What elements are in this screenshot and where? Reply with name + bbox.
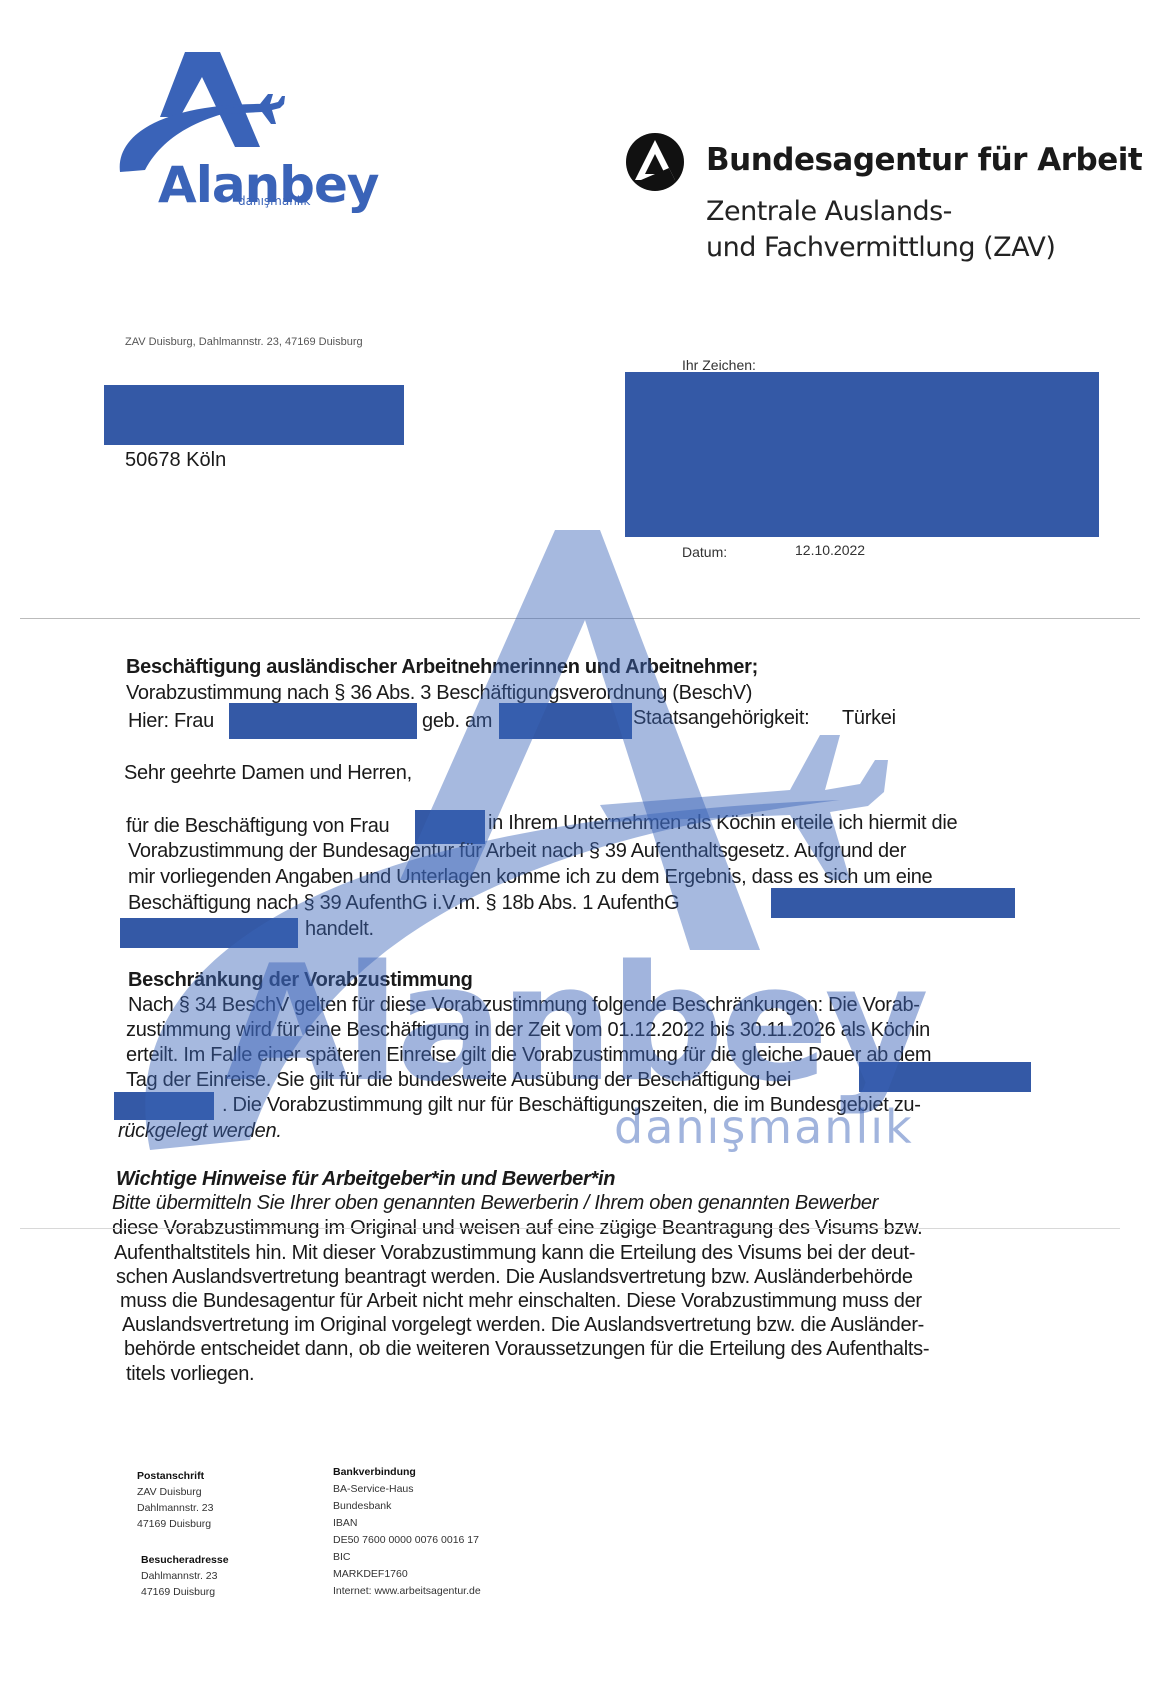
redacted-birth-date [499, 703, 632, 739]
bank-iban: DE50 7600 0000 0076 0016 17 [333, 1532, 481, 1549]
redacted-employment-category-a [771, 888, 1015, 918]
notes-line4: schen Auslandsvertretung beantragt werde… [116, 1266, 913, 1289]
restriction-heading: Beschränkung der Vorabzustimmung [128, 969, 473, 992]
postanschrift-line: 47169 Duisburg [137, 1516, 213, 1532]
notes-line8: titels vorliegen. [126, 1363, 254, 1386]
redacted-recipient-name [104, 385, 404, 445]
postanschrift-heading: Postanschrift [137, 1468, 213, 1484]
besucheradresse-heading: Besucheradresse [141, 1552, 229, 1568]
website-link[interactable]: Internet: www.arbeitsagentur.de [333, 1583, 481, 1600]
footer-visitor-address: Besucheradresse Dahlmannstr. 23 47169 Du… [141, 1552, 229, 1600]
alanbey-subtitle: danışmanlık [238, 194, 310, 208]
besucheradresse-line: 47169 Duisburg [141, 1584, 229, 1600]
restriction-line6: rückgelegt werden. [118, 1120, 282, 1143]
bank-line: BA-Service-Haus [333, 1481, 481, 1498]
postanschrift-line: Dahlmannstr. 23 [137, 1500, 213, 1516]
recipient-city: 50678 Köln [125, 449, 226, 472]
sender-return-address: ZAV Duisburg, Dahlmannstr. 23, 47169 Dui… [125, 336, 363, 348]
postanschrift-line: ZAV Duisburg [137, 1484, 213, 1500]
restriction-line5: . Die Vorabzustimmung gilt nur für Besch… [222, 1094, 921, 1117]
bank-line: Bundesbank [333, 1498, 481, 1515]
subject-line2: Vorabzustimmung nach § 36 Abs. 3 Beschäf… [126, 682, 752, 705]
bundesagentur-logo-icon [625, 132, 685, 192]
para1-line2: Vorabzustimmung der Bundesagentur für Ar… [128, 840, 906, 863]
nationality-label: Staatsangehörigkeit: [633, 707, 809, 730]
para1-line5: handelt. [305, 918, 374, 941]
agency-subtitle-line1: Zentrale Auslands- [706, 196, 952, 227]
agency-subtitle-line2: und Fachvermittlung (ZAV) [706, 232, 1055, 263]
ihr-zeichen-label: Ihr Zeichen: [682, 357, 756, 373]
redacted-employer-name-b [114, 1092, 214, 1120]
bank-line: BIC [333, 1549, 481, 1566]
subject-born-label: geb. am [422, 710, 492, 733]
redacted-employment-category-b [120, 918, 298, 948]
notes-line7: behörde entscheidet dann, ob die weitere… [124, 1338, 929, 1361]
redacted-reference-block [625, 372, 1099, 537]
restriction-line4: Tag der Einreise. Sie gilt für die bunde… [126, 1069, 791, 1092]
para1-line3: mir vorliegenden Angaben und Unterlagen … [128, 866, 932, 889]
subject-line3-prefix: Hier: Frau [128, 710, 214, 733]
notes-line6: Auslandsvertretung im Original vorgelegt… [122, 1314, 924, 1337]
para1-line1b: in Ihrem Unternehmen als Köchin erteile … [488, 812, 957, 835]
alanbey-logo: Alanbey danışmanlık [110, 52, 350, 212]
redacted-employer-name-a [859, 1062, 1031, 1092]
restriction-line1: Nach § 34 BeschV gelten für diese Vorabz… [128, 994, 920, 1017]
fold-line-lower [20, 1228, 1120, 1229]
date-label: Datum: [682, 544, 727, 560]
salutation: Sehr geehrte Damen und Herren, [124, 762, 412, 785]
restriction-line2: zustimmung wird für eine Beschäftigung i… [126, 1019, 930, 1042]
bank-line: IBAN [333, 1515, 481, 1532]
redacted-applicant-surname [415, 810, 485, 844]
besucheradresse-line: Dahlmannstr. 23 [141, 1568, 229, 1584]
nationality-value: Türkei [842, 707, 896, 730]
date-value: 12.10.2022 [795, 542, 865, 558]
alanbey-a-plane-icon [110, 52, 350, 172]
fold-line [20, 618, 1140, 619]
notes-line1: Bitte übermitteln Sie Ihrer oben genannt… [112, 1192, 878, 1215]
notes-line5: muss die Bundesagentur für Arbeit nicht … [120, 1290, 922, 1313]
footer-bank-details: Bankverbindung BA-Service-Haus Bundesban… [333, 1464, 481, 1600]
restriction-line3: erteilt. Im Falle einer späteren Einreis… [126, 1044, 931, 1067]
para1-line4: Beschäftigung nach § 39 AufenthG i.V.m. … [128, 892, 679, 915]
footer-postal-address: Postanschrift ZAV Duisburg Dahlmannstr. … [137, 1468, 213, 1532]
agency-title: Bundesagentur für Arbeit [706, 142, 1142, 178]
para1-line1a: für die Beschäftigung von Frau [126, 815, 389, 838]
notes-line3: Aufenthaltstitels hin. Mit dieser Vorabz… [114, 1242, 915, 1265]
bank-bic: MARKDEF1760 [333, 1566, 481, 1583]
subject-line1: Beschäftigung ausländischer Arbeitnehmer… [126, 656, 758, 679]
bank-heading: Bankverbindung [333, 1464, 481, 1481]
notes-heading: Wichtige Hinweise für Arbeitgeber*in und… [116, 1168, 615, 1191]
redacted-applicant-name [229, 703, 417, 739]
